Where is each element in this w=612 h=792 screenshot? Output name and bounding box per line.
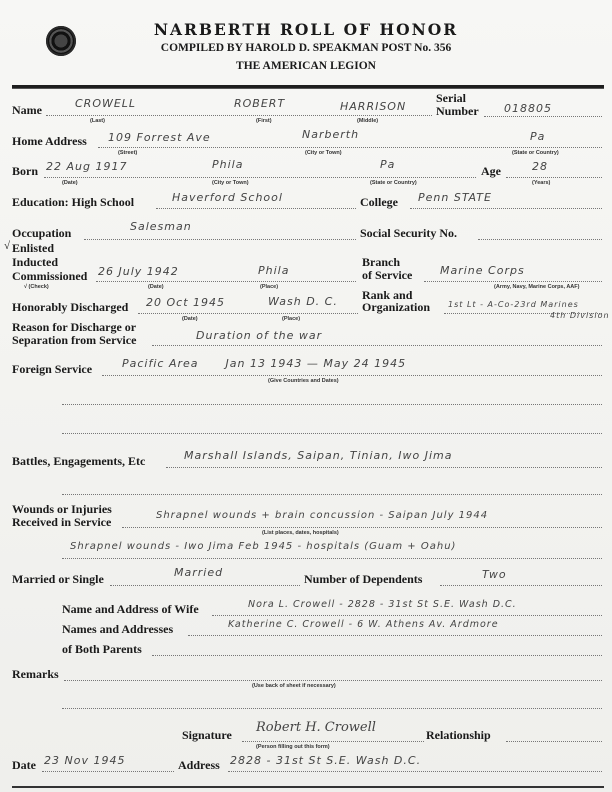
discharge-date-field[interactable]: 20 Oct 1945 (146, 296, 225, 309)
wounds-line-2 (62, 558, 602, 559)
occupation-line (84, 239, 356, 240)
parents-line-2[interactable] (152, 655, 602, 656)
inducted-label[interactable]: Inducted (12, 255, 58, 270)
branch-field[interactable]: Marine Corps (440, 264, 525, 277)
wounds-caption: (List places, dates, hospitals) (262, 530, 339, 536)
birth-city-caption: (City or Town) (212, 180, 249, 186)
foreign-service-line-2[interactable] (62, 404, 602, 405)
branch-label-2: of Service (362, 268, 412, 283)
foreign-service-line-3[interactable] (62, 433, 602, 434)
wife-field[interactable]: Nora L. Crowell - 2828 - 31st St S.E. Wa… (248, 599, 517, 610)
rank-field-line2[interactable]: 4th Division (550, 311, 610, 320)
serial-label-2: Number (436, 104, 479, 119)
age-label: Age (481, 164, 501, 179)
serial-line (484, 116, 602, 117)
discharged-label: Honorably Discharged (12, 300, 128, 315)
enlisted-check-icon[interactable]: √ (4, 240, 10, 252)
reason-label-2: Separation from Service (12, 333, 136, 348)
entry-place-field[interactable]: Phila (258, 264, 289, 277)
battles-field[interactable]: Marshall Islands, Saipan, Tinian, Iwo Ji… (184, 449, 452, 462)
remarks-line[interactable] (64, 680, 602, 681)
signature-caption: (Person filling out this form) (256, 744, 330, 750)
parents-line (188, 635, 602, 636)
married-field[interactable]: Married (174, 566, 223, 579)
college-field[interactable]: Penn STATE (418, 191, 492, 204)
city-caption: (City or Town) (305, 150, 342, 156)
discharge-line (138, 313, 358, 314)
form-subtitle: COMPILED BY HAROLD D. SPEAKMAN POST No. … (0, 42, 612, 54)
enlisted-label[interactable]: Enlisted (12, 241, 54, 256)
age-line (506, 177, 602, 178)
branch-caption: (Army, Navy, Marine Corps, AAF) (494, 284, 579, 290)
address-line (228, 771, 602, 772)
wounds-line (122, 527, 602, 528)
battles-line-2[interactable] (62, 494, 602, 495)
entry-place-caption: (Place) (260, 284, 278, 290)
discharge-date-caption: (Date) (182, 316, 198, 322)
married-label: Married or Single (12, 572, 104, 587)
roll-of-honor-form: NARBERTH ROLL OF HONOR COMPILED BY HAROL… (0, 0, 612, 792)
state-field[interactable]: Pa (530, 130, 545, 143)
high-school-line (156, 208, 356, 209)
date-label: Date (12, 758, 36, 773)
birth-state-field[interactable]: Pa (380, 158, 395, 171)
home-address-label: Home Address (12, 134, 87, 149)
date-line (42, 771, 174, 772)
dependents-line (440, 585, 602, 586)
relationship-line[interactable] (506, 741, 602, 742)
remarks-line-2[interactable] (62, 708, 602, 709)
entry-date-field[interactable]: 26 July 1942 (98, 265, 179, 278)
married-line (110, 585, 300, 586)
serial-number-field[interactable]: 018805 (504, 102, 552, 115)
date-field[interactable]: 23 Nov 1945 (44, 754, 125, 767)
remarks-label: Remarks (12, 667, 59, 682)
parents-field-line1[interactable]: Katherine C. Crowell - 6 W. Athens Av. A… (228, 619, 499, 630)
battles-label: Battles, Engagements, Etc (12, 454, 145, 469)
dependents-label: Number of Dependents (304, 572, 422, 587)
remarks-caption: (Use back of sheet if necessary) (252, 683, 336, 689)
rank-label-2: Organization (362, 300, 430, 315)
header-divider (12, 85, 604, 89)
signature-label: Signature (182, 728, 232, 743)
form-title: NARBERTH ROLL OF HONOR (0, 20, 612, 39)
born-line (44, 177, 476, 178)
check-caption: √ (Check) (24, 284, 49, 290)
age-field[interactable]: 28 (532, 160, 548, 173)
page-bottom-edge (12, 786, 604, 788)
entry-date-caption: (Date) (148, 284, 164, 290)
birth-state-caption: (State or Country) (370, 180, 417, 186)
reason-field[interactable]: Duration of the war (196, 329, 322, 342)
born-label: Born (12, 164, 38, 179)
foreign-service-line (102, 375, 602, 376)
wounds-label-2: Received in Service (12, 515, 111, 530)
dependents-field[interactable]: Two (482, 568, 507, 581)
occupation-label: Occupation (12, 226, 71, 241)
commissioned-label[interactable]: Commissioned (12, 269, 87, 284)
relationship-label: Relationship (426, 728, 491, 743)
birth-city-field[interactable]: Phila (212, 158, 243, 171)
last-name-field[interactable]: CROWELL (75, 97, 136, 110)
signature-field[interactable]: Robert H. Crowell (256, 720, 376, 735)
middle-name-field[interactable]: HARRISON (340, 100, 406, 113)
state-caption: (State or Country) (512, 150, 559, 156)
middle-name-caption: (Middle) (357, 118, 378, 124)
street-field[interactable]: 109 Forrest Ave (108, 131, 211, 144)
address-label: Address (178, 758, 220, 773)
battles-line (166, 467, 602, 468)
birth-date-field[interactable]: 22 Aug 1917 (46, 160, 127, 173)
foreign-service-label: Foreign Service (12, 362, 92, 377)
first-name-field[interactable]: ROBERT (234, 97, 285, 110)
parents-label-1: Names and Addresses (62, 622, 173, 637)
birth-date-caption: (Date) (62, 180, 78, 186)
foreign-service-field[interactable]: Pacific Area Jan 13 1943 — May 24 1945 (122, 357, 406, 370)
college-label: College (360, 195, 398, 210)
occupation-field[interactable]: Salesman (130, 220, 192, 233)
signature-line (242, 741, 424, 742)
ssn-label: Social Security No. (360, 226, 457, 241)
city-field[interactable]: Narberth (302, 128, 359, 141)
street-caption: (Street) (118, 150, 137, 156)
home-address-line (98, 147, 602, 148)
discharge-place-caption: (Place) (282, 316, 300, 322)
entry-line (96, 281, 356, 282)
address-field[interactable]: 2828 - 31st St S.E. Wash D.C. (230, 754, 421, 767)
college-line (410, 208, 602, 209)
high-school-field[interactable]: Haverford School (172, 191, 283, 204)
organization-name: THE AMERICAN LEGION (0, 60, 612, 72)
reason-line (152, 345, 602, 346)
parents-label-2: of Both Parents (62, 642, 142, 657)
name-label: Name (12, 103, 42, 118)
age-caption: (Years) (532, 180, 550, 186)
wounds-field-line2[interactable]: Shrapnel wounds - Iwo Jima Feb 1945 - ho… (70, 541, 456, 552)
last-name-caption: (Last) (90, 118, 105, 124)
branch-line (424, 281, 602, 282)
rank-field[interactable]: 1st Lt - A-Co-23rd Marines (448, 300, 579, 309)
ssn-line (478, 239, 602, 240)
first-name-caption: (First) (256, 118, 272, 124)
wife-line (212, 615, 602, 616)
foreign-service-caption: (Give Countries and Dates) (268, 378, 339, 384)
name-line (46, 115, 432, 116)
wife-label: Name and Address of Wife (62, 602, 199, 617)
wounds-field-line1[interactable]: Shrapnel wounds + brain concussion - Sai… (156, 510, 488, 521)
discharge-place-field[interactable]: Wash D. C. (268, 295, 338, 308)
education-label: Education: High School (12, 195, 134, 210)
